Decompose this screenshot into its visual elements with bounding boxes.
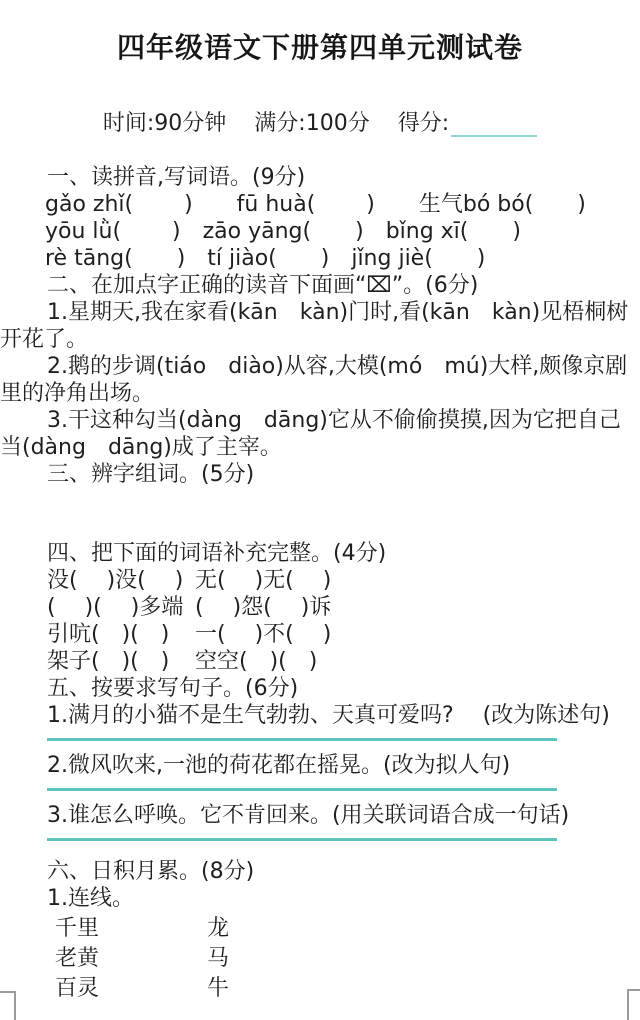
answer-line-2 [47, 788, 557, 791]
exam-info-line: 时间:90分钟 满分:100分 得分: [0, 106, 640, 137]
paper-body: 一、读拼音,写词语。(9分) gǎo zhǐ( ) fū huà( ) 生气bó… [0, 164, 640, 1004]
section-2-title: 二、在加点字正确的读音下面画“⌧”。(6分) [0, 272, 640, 299]
fill-blank-left: ( )( )多端 [47, 594, 195, 621]
fill-blank-row: 没( )没( ) 无( )无( ) [47, 567, 640, 594]
match-row: 千里 龙 [55, 914, 640, 944]
test-paper-page: 四年级语文下册第四单元测试卷 时间:90分钟 满分:100分 得分: 一、读拼音… [0, 0, 640, 1020]
matching-table: 千里 龙 老黄 马 百灵 牛 [0, 914, 640, 1004]
match-right-item: 龙 [207, 914, 229, 944]
answer-line-1 [47, 738, 557, 741]
fill-blank-row: 引吭( )( ) 一( )不( ) [47, 621, 640, 648]
fill-blank-right: 无( )无( ) [195, 567, 331, 594]
match-right-item: 马 [207, 944, 229, 974]
match-left-item: 百灵 [55, 974, 200, 1004]
exam-full-score: 满分:100分 [254, 106, 369, 137]
match-row: 百灵 牛 [55, 974, 640, 1004]
match-left-item: 老黄 [55, 944, 200, 974]
fill-blank-right: 一( )不( ) [195, 621, 331, 648]
match-row: 老黄 马 [55, 944, 640, 974]
sentence-question-3: 3.谁怎么呼唤。它不肯回来。(用关联词语合成一句话) [0, 802, 640, 829]
pinyin-row-2: yōu lǜ( ) zāo yāng( ) bǐng xī( ) [0, 218, 640, 245]
section-2-question-2: 2.鹅的步调(tiáo diào)从容,大模(mó mú)大样,颇像京剧里的净角… [0, 353, 640, 407]
section-5-title: 五、按要求写句子。(6分) [0, 675, 640, 702]
fill-blank-right: ( )怨( )诉 [195, 594, 331, 621]
pinyin-row-3: rè tāng( ) tí jiào( ) jǐng jiè( ) [0, 245, 640, 272]
fill-blank-left: 架子( )( ) [47, 648, 195, 675]
partial-frame-left [0, 991, 16, 1020]
pinyin-row-1: gǎo zhǐ( ) fū huà( ) 生气bó bó( ) [0, 191, 640, 218]
score-blank-line [451, 117, 537, 137]
exam-time: 时间:90分钟 [103, 106, 226, 137]
partial-frame-right [627, 989, 640, 1020]
section-2-question-3: 3.干这种勾当(dàng dāng)它从不偷偷摸摸,因为它把自己当(dàng d… [0, 407, 640, 461]
section-2-question-1: 1.星期天,我在家看(kān kàn)门时,看(kān kàn)见梧桐树开花了。 [0, 299, 640, 353]
fill-blank-row: ( )( )多端 ( )怨( )诉 [47, 594, 640, 621]
section-4-title: 四、把下面的词语补充完整。(4分) [0, 540, 640, 567]
page-title: 四年级语文下册第四单元测试卷 [8, 26, 632, 66]
exam-score: 得分: [398, 106, 537, 137]
section-3-title: 三、辨字组词。(5分) [0, 461, 640, 488]
fill-blank-row: 架子( )( ) 空空( )( ) [47, 648, 640, 675]
fill-blank-right: 空空( )( ) [195, 648, 317, 675]
section-3-answer-space [0, 488, 640, 540]
fill-blank-left: 没( )没( ) [47, 567, 195, 594]
match-right-item: 牛 [207, 974, 229, 1004]
matching-subtitle: 1.连线。 [0, 885, 640, 912]
sentence-question-1: 1.满月的小猫不是生气勃勃、天真可爱吗? (改为陈述句) [0, 702, 640, 729]
section-6-title: 六、日积月累。(8分) [0, 858, 640, 885]
fill-blank-grid: 没( )没( ) 无( )无( ) ( )( )多端 ( )怨( )诉 引吭( … [0, 567, 640, 675]
match-left-item: 千里 [55, 914, 200, 944]
fill-blank-left: 引吭( )( ) [47, 621, 195, 648]
section-1-title: 一、读拼音,写词语。(9分) [0, 164, 640, 191]
sentence-question-2: 2.微风吹来,一池的荷花都在摇晃。(改为拟人句) [0, 752, 640, 779]
answer-line-3 [47, 838, 557, 841]
score-label: 得分: [398, 106, 449, 137]
